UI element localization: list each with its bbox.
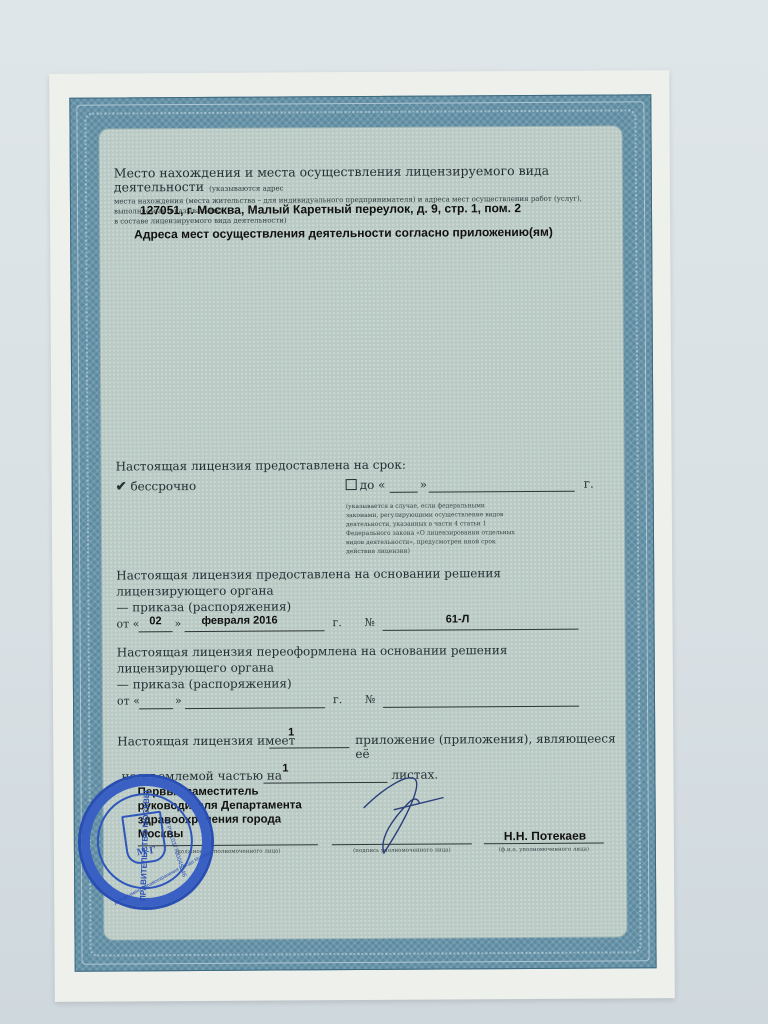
basis-heading-1: Настоящая лицензия предоставлена на осно… xyxy=(116,565,596,600)
reissue-from-label: от « xyxy=(117,694,140,707)
appendix-sheets-value: 1 xyxy=(263,762,307,774)
reissue-month-line xyxy=(185,707,325,709)
reissue-heading-2: — приказа (распоряжения) xyxy=(117,674,597,693)
addresses-note: Адреса мест осуществления деятельности с… xyxy=(134,225,553,242)
name-line xyxy=(484,843,604,845)
appendix-text-1: Настоящая лицензия имеет xyxy=(117,733,295,748)
term-heading: Настоящая лицензия предоставлена на срок… xyxy=(116,458,406,474)
moscow-coat-of-arms-icon: М-Г xyxy=(121,811,168,866)
basis-number-line xyxy=(383,629,579,631)
reissue-number-value xyxy=(383,690,579,691)
location-note-1: (указываются адрес xyxy=(209,184,284,192)
location-note-3: в составе лицензируемого вида деятельнос… xyxy=(114,214,604,227)
term-until-mid: » xyxy=(420,478,427,492)
location-heading: Место нахождения и места осуществления л… xyxy=(114,163,549,195)
basis-month-year-value: февраля 2016 xyxy=(184,614,294,627)
term-unlimited-label: бессрочно xyxy=(130,479,196,493)
checkmark-icon[interactable]: ✔ xyxy=(116,479,127,494)
reissue-month-year-value xyxy=(185,691,325,692)
reissue-heading-1: Настоящая лицензия переоформлена на осно… xyxy=(117,642,597,677)
reissue-number-line xyxy=(383,706,579,708)
signature-line xyxy=(332,843,472,845)
reissue-number-label: № xyxy=(365,693,376,706)
caption-name: (ф.и.о. уполномоченного лица) xyxy=(484,847,604,854)
location-section: Место нахождения и места осуществления л… xyxy=(114,163,604,227)
reissue-day-line xyxy=(139,708,173,709)
appendix-text-2: приложение (приложения), являющееся её xyxy=(355,731,625,761)
term-until-option: до « xyxy=(346,477,596,493)
term-until-checkbox[interactable] xyxy=(346,479,357,490)
address-value: 127051, г. Москва, Малый Каретный переул… xyxy=(140,201,521,217)
handwritten-signature xyxy=(353,767,464,858)
basis-year-suffix: г. xyxy=(332,616,341,629)
caption-signature: (подпись уполномоченного лица) xyxy=(332,847,472,854)
reissue-year-suffix: г. xyxy=(333,693,342,706)
basis-heading: Настоящая лицензия предоставлена на осно… xyxy=(116,565,596,616)
appendix-sheets-line xyxy=(264,782,388,784)
term-day-line xyxy=(390,492,418,493)
basis-quote-close: » xyxy=(174,617,181,630)
term-note: (указывается в случае, если федеральными… xyxy=(346,501,516,556)
appendix-count-value: 1 xyxy=(269,726,313,738)
basis-month-line xyxy=(185,630,325,632)
appendix-count-line xyxy=(269,747,349,748)
term-date-line xyxy=(429,491,575,493)
basis-number-label: № xyxy=(364,616,375,629)
signatory-name: Н.Н. Потекаев xyxy=(504,829,586,844)
official-stamp: ПРАВИТЕЛЬСТВО МОСКВЫ М-Г ОГРН 1037700045… xyxy=(69,765,223,919)
basis-heading-2: — приказа (распоряжения) xyxy=(116,597,596,616)
basis-day-line xyxy=(139,631,173,632)
stamp-emblem-label: М-Г xyxy=(136,845,156,859)
term-until-prefix: до « xyxy=(360,478,386,492)
reissue-heading: Настоящая лицензия переоформлена на осно… xyxy=(117,642,597,693)
basis-day-value: 02 xyxy=(138,615,172,627)
basis-number-value: 61-Л xyxy=(382,613,532,626)
appendix-text-4: листах. xyxy=(391,768,438,782)
term-unlimited-option[interactable]: ✔ бессрочно xyxy=(116,479,197,494)
location-note-2: места нахождения (места жительства – для… xyxy=(114,194,604,217)
term-until-suffix: г. xyxy=(584,477,594,491)
basis-from-label: от « xyxy=(116,617,139,630)
reissue-quote-close: » xyxy=(175,694,182,707)
